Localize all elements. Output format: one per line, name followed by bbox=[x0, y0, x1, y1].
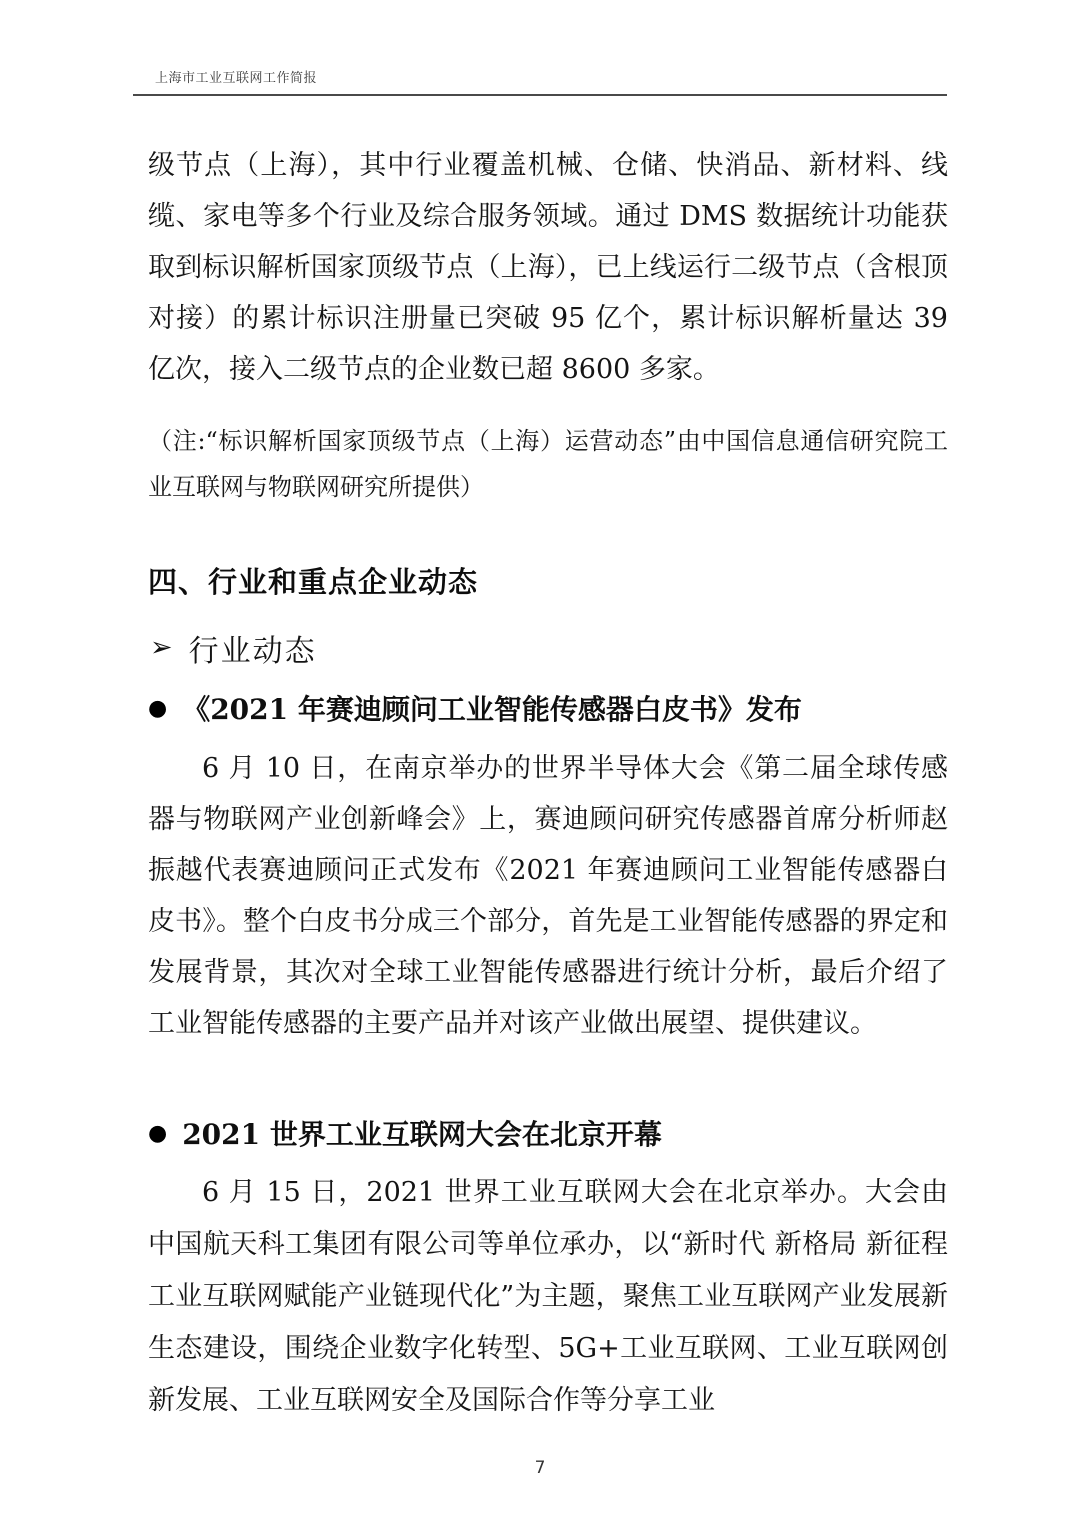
arrowhead-bullet-icon: ➢ bbox=[150, 630, 173, 666]
news-item-conference-paragraph: 6 月 15 日，2021 世界工业互联网大会在北京举办。大会由中国航天科工集团… bbox=[148, 1167, 948, 1427]
news-item-whitepaper: ● 《2021 年赛迪顾问工业智能传感器白皮书》发布 bbox=[148, 688, 802, 728]
page-header-title: 上海市工业互联网工作简报 bbox=[155, 67, 317, 86]
section-heading-industry-dynamics: 四、行业和重点企业动态 bbox=[148, 560, 478, 601]
note-paragraph: （注:“标识解析国家顶级节点（上海）运营动态”由中国信息通信研究院工业互联网与物… bbox=[148, 418, 948, 510]
bullet-dot-icon: ● bbox=[148, 1121, 167, 1146]
news-item-title: 2021 世界工业互联网大会在北京开幕 bbox=[182, 1113, 662, 1153]
page-number: 7 bbox=[535, 1458, 546, 1478]
header-divider bbox=[133, 94, 947, 96]
news-item-conference: ● 2021 世界工业互联网大会在北京开幕 bbox=[148, 1113, 662, 1153]
sub-section-industry-dynamics: ➢ 行业动态 bbox=[150, 626, 317, 670]
document-page: 上海市工业互联网工作简报 级节点（上海），其中行业覆盖机械、仓储、快消品、新材料… bbox=[0, 0, 1080, 1526]
news-item-title: 《2021 年赛迪顾问工业智能传感器白皮书》发布 bbox=[182, 688, 802, 728]
page-footer: 7 bbox=[0, 1458, 1080, 1478]
paragraph-dms-statistics: 级节点（上海），其中行业覆盖机械、仓储、快消品、新材料、线缆、家电等多个行业及综… bbox=[148, 140, 948, 395]
sub-section-label: 行业动态 bbox=[189, 626, 317, 670]
news-item-whitepaper-paragraph: 6 月 10 日，在南京举办的世界半导体大会《第二届全球传感器与物联网产业创新峰… bbox=[148, 743, 948, 1049]
bullet-dot-icon: ● bbox=[148, 696, 167, 721]
